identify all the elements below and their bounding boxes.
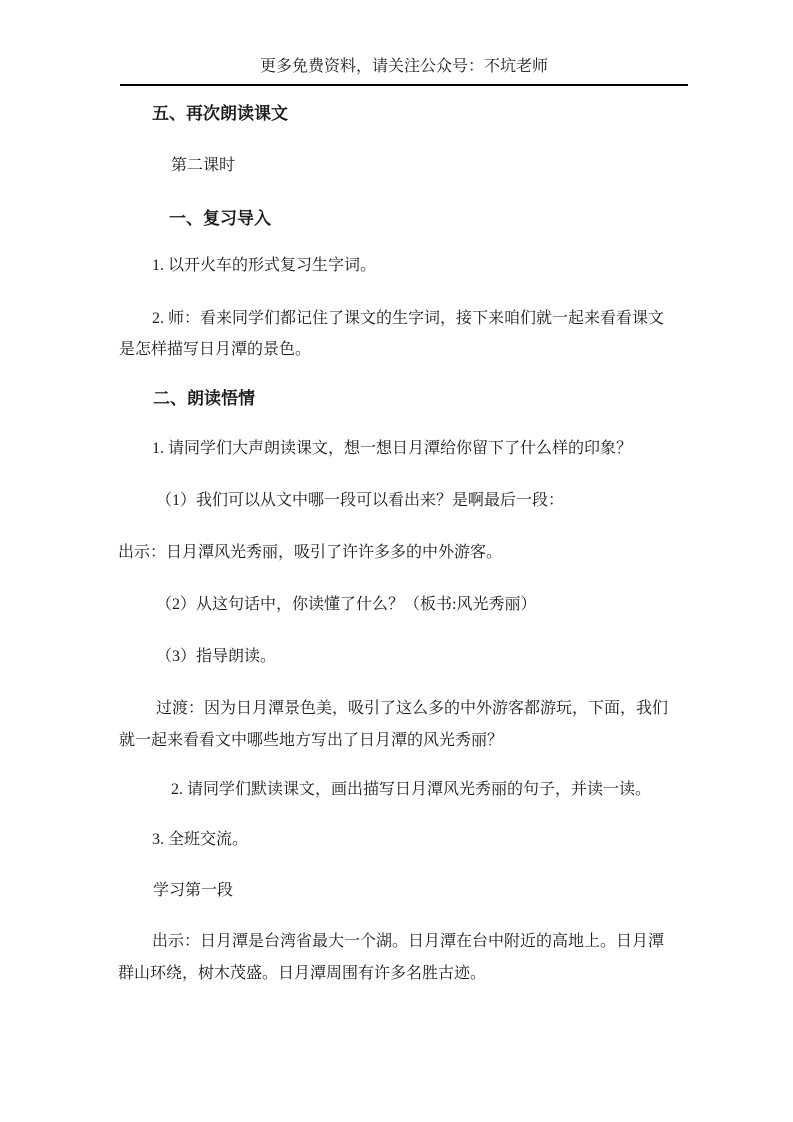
study-paragraph1-display-line2: 群山环绕，树木茂盛。日月潭周围有许多名胜古迹。 — [118, 963, 486, 984]
part2-display-sentence: 出示：日月潭风光秀丽，吸引了许许多多的中外游客。 — [118, 542, 502, 563]
part2-item3: 3. 全班交流。 — [152, 829, 248, 850]
page-header-notice: 更多免费资料，请关注公众号：不坑老师 — [120, 56, 688, 77]
part2-transition-line1: 过渡：因为日月潭景色美，吸引了这么多的中外游客都游玩，下面，我们 — [156, 698, 668, 719]
part2-heading: 二、朗读悟情 — [153, 388, 255, 409]
section-heading-5: 五、再次朗读课文 — [152, 103, 288, 124]
part1-heading: 一、复习导入 — [169, 208, 271, 229]
part1-item1: 1. 以开火车的形式复习生字词。 — [152, 255, 376, 276]
part1-item2-line2: 是怎样描写日月潭的景色。 — [119, 339, 311, 360]
part1-item2-line1: 2. 师：看来同学们都记住了课文的生字词，接下来咱们就一起来看看课文 — [152, 308, 664, 329]
part2-question2: （2）从这句话中，你读懂了什么？（板书:风光秀丽） — [156, 594, 536, 615]
study-paragraph1-title: 学习第一段 — [153, 880, 233, 901]
header-divider-line — [120, 84, 688, 86]
part2-transition-line2: 就一起来看看文中哪些地方写出了日月潭的风光秀丽？ — [119, 730, 503, 751]
part2-item2: 2. 请同学们默读课文，画出描写日月潭风光秀丽的句子，并读一读。 — [171, 779, 651, 800]
period-title: 第二课时 — [171, 155, 235, 176]
part2-question3: （3）指导朗读。 — [156, 646, 276, 667]
study-paragraph1-display-line1: 出示：日月潭是台湾省最大一个湖。日月潭在台中附近的高地上。日月潭 — [152, 931, 664, 952]
part2-question1: （1）我们可以从文中哪一段可以看出来？是啊最后一段： — [156, 490, 564, 511]
document-page: 更多免费资料，请关注公众号：不坑老师 五、再次朗读课文 第二课时 一、复习导入 … — [0, 0, 793, 1122]
part2-item1: 1. 请同学们大声朗读课文，想一想日月潭给你留下了什么样的印象？ — [152, 438, 632, 459]
